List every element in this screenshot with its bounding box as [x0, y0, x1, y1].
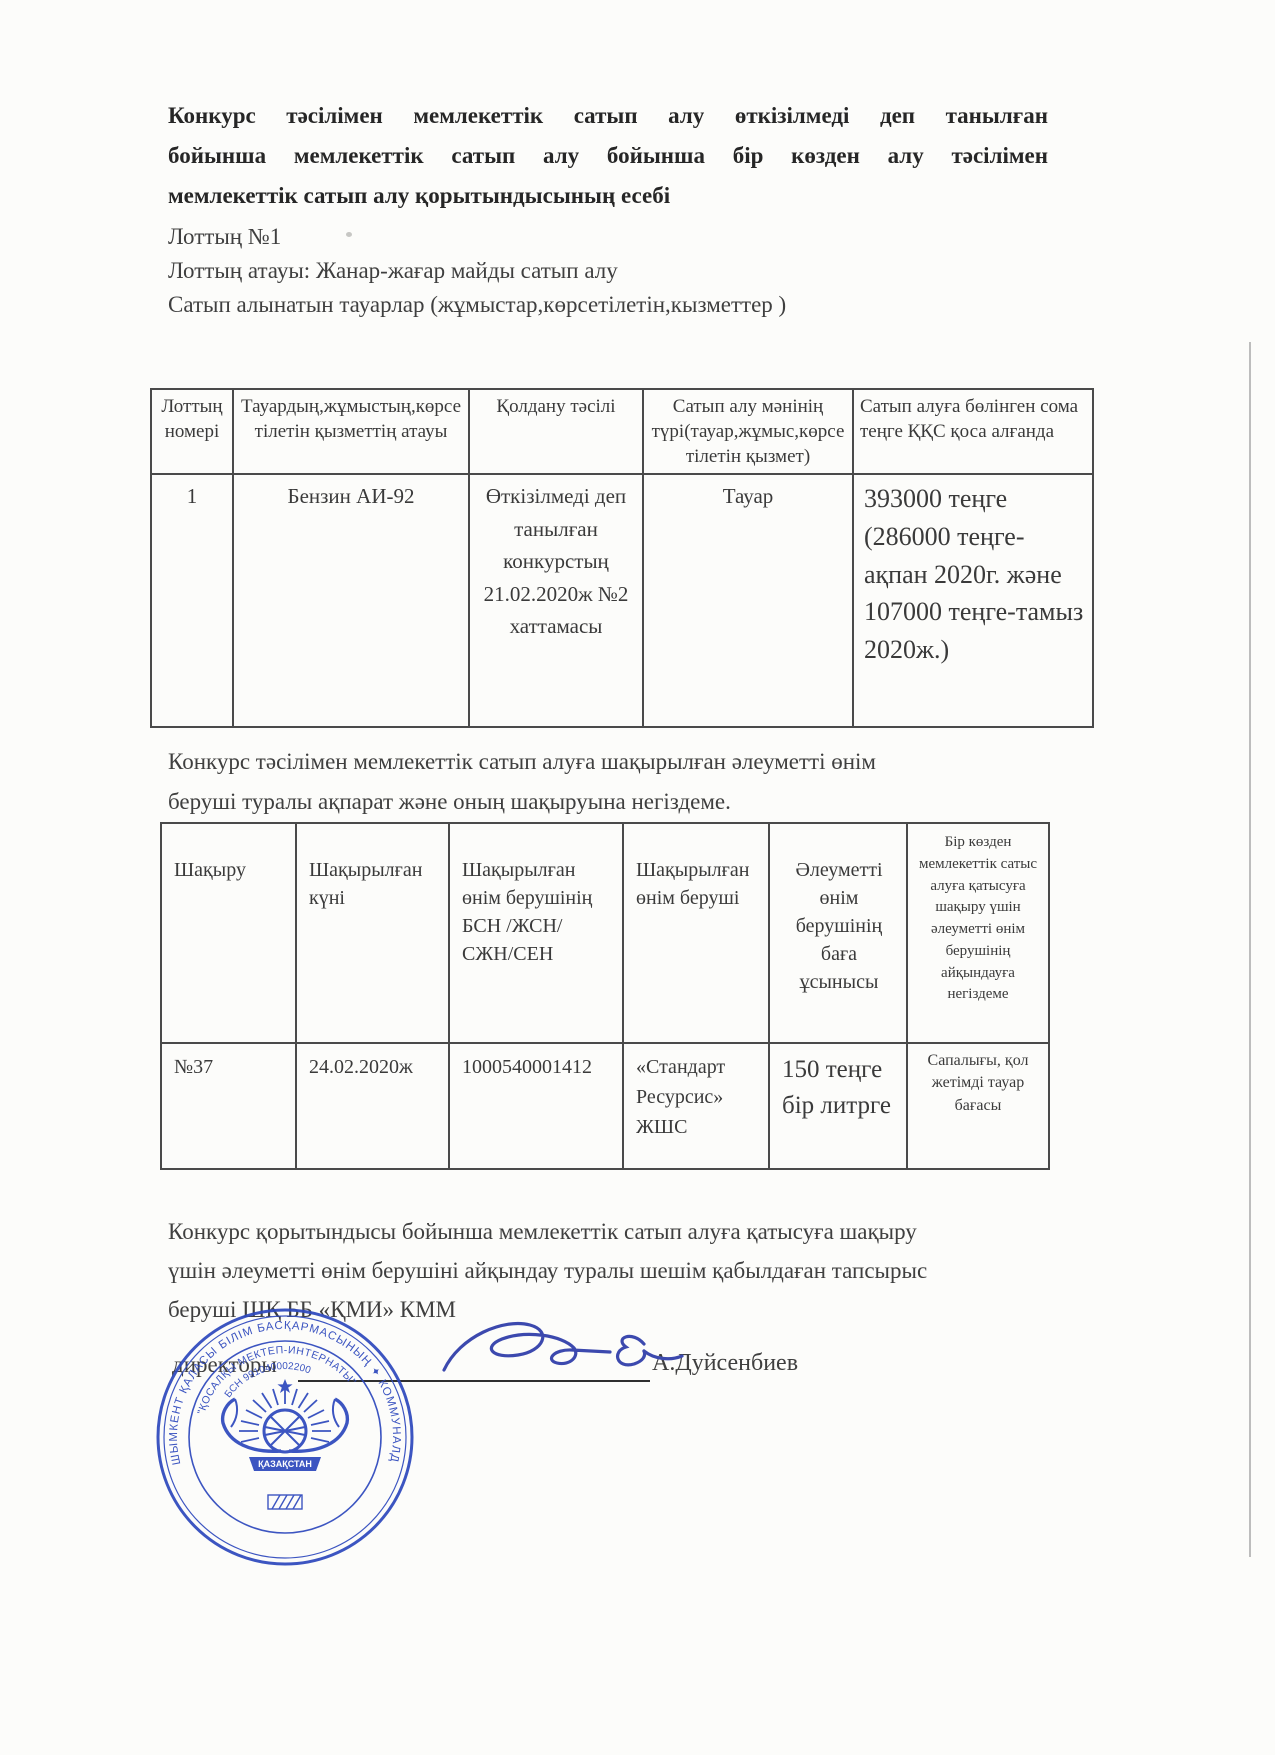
stamp-banner: ҚАЗАҚСТАН — [249, 1457, 321, 1471]
intro-line: беруші туралы ақпарат және оның шақыруын… — [168, 782, 1088, 822]
title-line: бойынша мемлекеттік сатып алу бойынша бі… — [168, 136, 1048, 176]
official-stamp: ШЫМКЕНТ ҚАЛАСЫ БІЛІМ БАСҚАРМАСЫНЫҢ ✦ КОМ… — [145, 1297, 425, 1577]
supplier-name-cell: «Стандарт Ресурсис» ЖШС — [623, 1043, 769, 1169]
item-name-cell: Бензин АИ-92 — [233, 474, 469, 727]
column-header: Бір көзден мемлекеттік сатыс алуға қатыс… — [907, 823, 1049, 1043]
column-header: Шақырылған өнім берушінің БСН /ЖСН/СЖН/С… — [449, 823, 623, 1043]
title-line: мемлекеттік сатып алу қорытындысының есе… — [168, 176, 1048, 216]
column-header: Сатып алуға бөлінген сома теңге ҚҚС қоса… — [853, 389, 1093, 474]
supplier-bin-cell: 1000540001412 — [449, 1043, 623, 1169]
title-line: Конкурс тәсілімен мемлекеттік сатып алу … — [168, 96, 1048, 136]
lot-number-cell: 1 — [151, 474, 233, 727]
invitation-intro: Конкурс тәсілімен мемлекеттік сатып алуғ… — [168, 742, 1088, 822]
table-header-row: Шақыру Шақырылған күні Шақырылған өнім б… — [161, 823, 1049, 1043]
table-row: 1 Бензин АИ-92 Өткізілмеді деп танылған … — [151, 474, 1093, 727]
handwritten-signature — [430, 1306, 770, 1416]
table-row: №37 24.02.2020ж 1000540001412 «Стандарт … — [161, 1043, 1049, 1169]
report-title: Конкурс тәсілімен мемлекеттік сатып алу … — [168, 96, 1048, 216]
invitation-number-cell: №37 — [161, 1043, 296, 1169]
column-header: Әлеуметті өнім берушінің баға ұсынысы — [769, 823, 907, 1043]
column-header: Сатып алу мәнінің түрі(тауар,жұмыс,көрсе… — [643, 389, 853, 474]
signature-ink-icon — [430, 1306, 770, 1416]
stamp-hatch-box — [268, 1495, 302, 1509]
scanned-document-page: Конкурс тәсілімен мемлекеттік сатып алу … — [0, 0, 1275, 1755]
decision-line: үшін әлеуметті өнім берушіні айқындау ту… — [168, 1251, 1088, 1290]
column-header: Қолдану тәсілі — [469, 389, 643, 474]
price-offer-cell: 150 теңге бір литрге — [769, 1043, 907, 1169]
justification-cell: Сапалығы, қол жетімді тауар бағасы — [907, 1043, 1049, 1169]
method-cell: Өткізілмеді деп танылған конкурстың 21.0… — [469, 474, 643, 727]
lot-name: Лоттың атауы: Жанар-жағар майды сатып ал… — [168, 254, 786, 288]
column-header: Тауардың,жұмыстың,көрсетілетін қызметтің… — [233, 389, 469, 474]
column-header: Шақырылған өнім беруші — [623, 823, 769, 1043]
scan-speck — [346, 232, 352, 237]
procurement-table: Лоттың номері Тауардың,жұмыстың,көрсетіл… — [150, 388, 1094, 728]
decision-line: Конкурс қорытындысы бойынша мемлекеттік … — [168, 1212, 1088, 1251]
table-header-row: Лоттың номері Тауардың,жұмыстың,көрсетіл… — [151, 389, 1093, 474]
scan-edge-line — [1249, 342, 1251, 1557]
amount-cell: 393000 теңге (286000 теңге-ақпан 2020г. … — [853, 474, 1093, 727]
column-header: Шақырылған күні — [296, 823, 449, 1043]
subject-type-cell: Тауар — [643, 474, 853, 727]
lot-info: Лоттың №1 Лоттың атауы: Жанар-жағар майд… — [168, 220, 786, 322]
kazakhstan-emblem-icon — [223, 1379, 348, 1452]
column-header: Лоттың номері — [151, 389, 233, 474]
stamp-banner-text: ҚАЗАҚСТАН — [258, 1459, 312, 1469]
stamp-seal-icon: ШЫМКЕНТ ҚАЛАСЫ БІЛІМ БАСҚАРМАСЫНЫҢ ✦ КОМ… — [145, 1297, 425, 1577]
invitation-date-cell: 24.02.2020ж — [296, 1043, 449, 1169]
lot-number: Лоттың №1 — [168, 220, 786, 254]
invitation-table: Шақыру Шақырылған күні Шақырылған өнім б… — [160, 822, 1050, 1170]
lot-items: Сатып алынатын тауарлар (жұмыстар,көрсет… — [168, 288, 786, 322]
intro-line: Конкурс тәсілімен мемлекеттік сатып алуғ… — [168, 742, 1088, 782]
column-header: Шақыру — [161, 823, 296, 1043]
